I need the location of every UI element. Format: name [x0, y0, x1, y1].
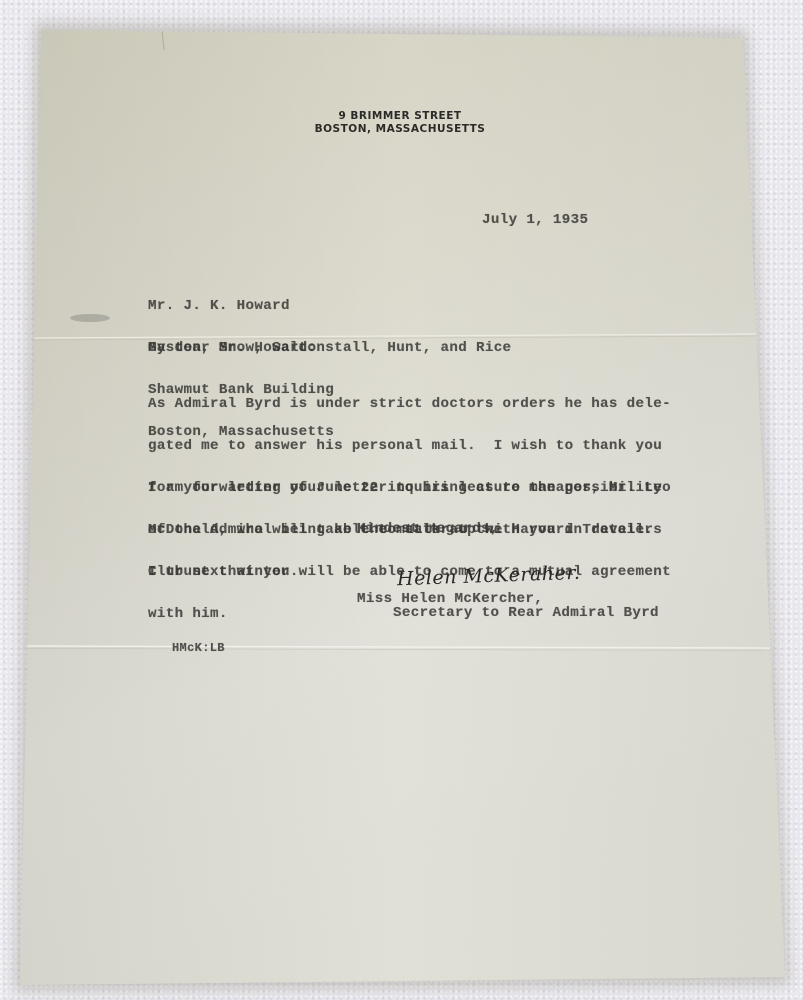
letterhead-street: 9 BRIMMER STREET [290, 110, 510, 123]
letter: 9 BRIMMER STREET BOSTON, MASSACHUSETTS J… [0, 0, 803, 1000]
signer-title: Secretary to Rear Admiral Byrd [393, 606, 659, 620]
salutation: My dear Mr. Howard: [148, 341, 316, 355]
body-line: I am forwarding your letter to his lectu… [148, 481, 671, 495]
reference-initials: HMcK:LB [172, 641, 225, 655]
letterhead-city: BOSTON, MASSACHUSETTS [290, 123, 510, 136]
signer-name: Miss Helen McKercher, [357, 592, 543, 606]
letter-date: July 1, 1935 [482, 213, 588, 227]
recipient-line: Mr. J. K. Howard [148, 299, 511, 313]
body-line: gated me to answer his personal mail. I … [148, 439, 671, 453]
letterhead: 9 BRIMMER STREET BOSTON, MASSACHUSETTS [290, 110, 510, 136]
closing: Kindest regards, [357, 522, 499, 536]
body-line: As Admiral Byrd is under strict doctors … [148, 397, 671, 411]
